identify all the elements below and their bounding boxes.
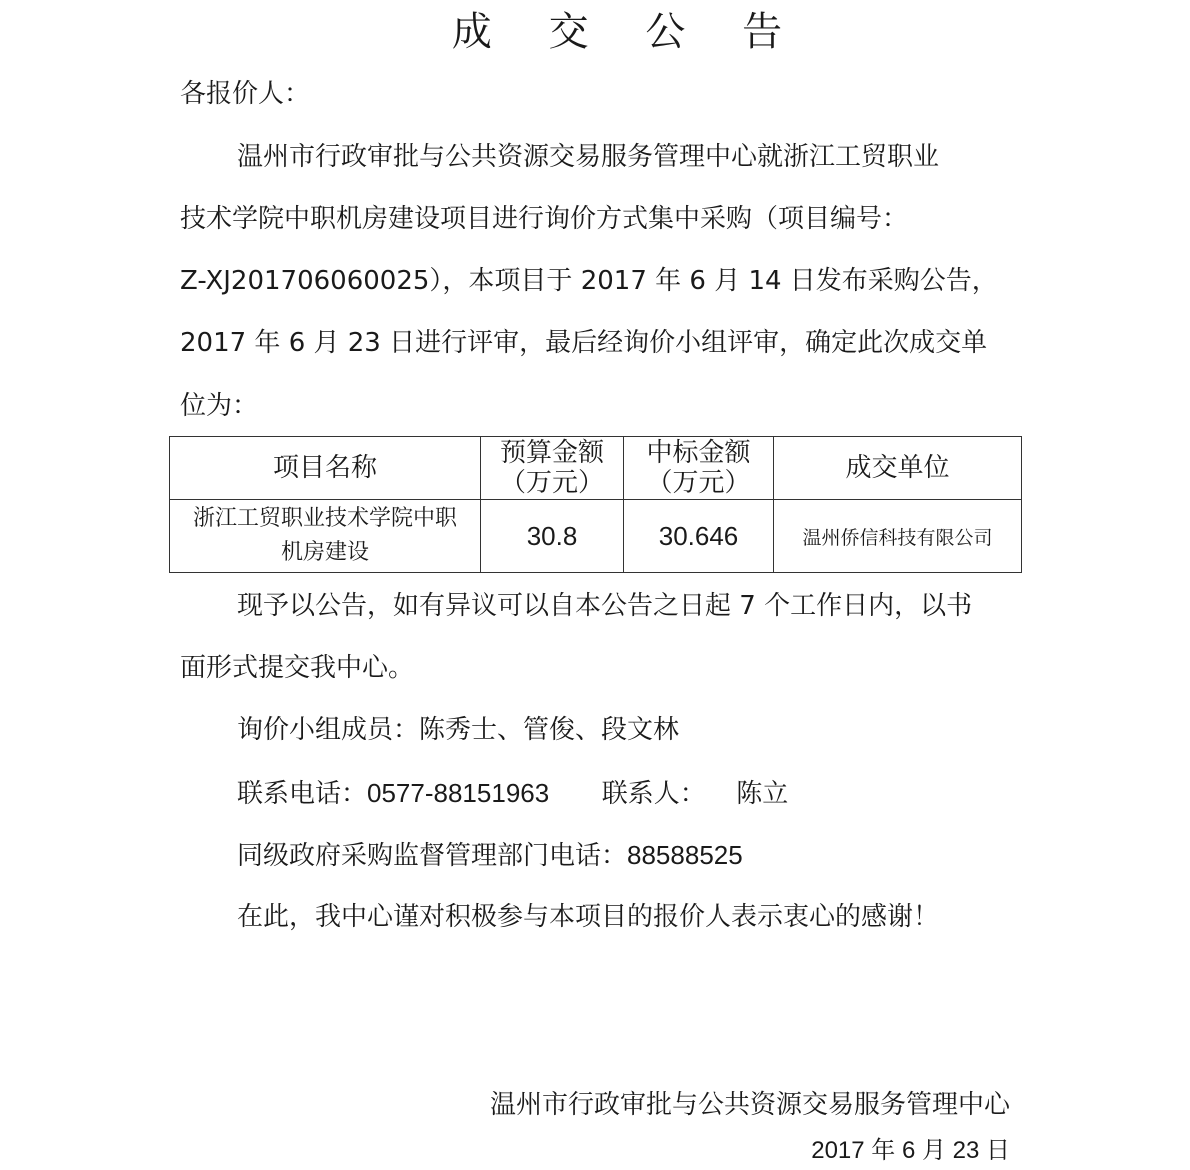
header-budget: 预算金额 （万元） — [481, 437, 624, 500]
table-row: 浙江工贸职业技术学院中职 机房建设 30.8 30.646 温州侨信科技有限公司 — [170, 500, 1022, 573]
paragraph2-line1: 现予以公告，如有异议可以自本公告之日起 7 个工作日内，以书 — [237, 586, 972, 626]
award-table: 项目名称 预算金额 （万元） 中标金额 （万元） 成交单位 浙江工贸职业技术学院… — [169, 436, 1022, 573]
document-title: 成 交 公 告 — [0, 4, 1190, 60]
paragraph2-line2: 面形式提交我中心。 — [180, 648, 414, 688]
header-budget-label: 预算金额 — [481, 438, 623, 468]
cell-budget: 30.8 — [481, 500, 624, 573]
header-bid-unit: （万元） — [624, 468, 773, 498]
paragraph1-line5: 位为： — [180, 386, 258, 426]
paragraph1-line3: Z-XJ201706060025），本项目于 2017 年 6 月 14 日发布… — [180, 261, 998, 301]
project-name-line2: 机房建设 — [170, 536, 480, 570]
contact-person-label: 联系人： — [602, 779, 706, 809]
header-winner: 成交单位 — [774, 437, 1022, 500]
header-project-name: 项目名称 — [170, 437, 481, 500]
contact-phone: 0577-88151963 — [367, 778, 549, 808]
paragraph1-line1: 温州市行政审批与公共资源交易服务管理中心就浙江工贸职业 — [237, 137, 939, 177]
signature-organization: 温州市行政审批与公共资源交易服务管理中心 — [490, 1085, 1010, 1125]
table-header-row: 项目名称 预算金额 （万元） 中标金额 （万元） 成交单位 — [170, 437, 1022, 500]
cell-winner: 温州侨信科技有限公司 — [774, 500, 1022, 573]
paragraph1-line4: 2017 年 6 月 23 日进行评审，最后经询价小组评审，确定此次成交单 — [180, 323, 987, 363]
cell-bid-amount: 30.646 — [624, 500, 774, 573]
supervisor-phone-label: 同级政府采购监督管理部门电话： — [237, 841, 627, 871]
cell-project-name: 浙江工贸职业技术学院中职 机房建设 — [170, 500, 481, 573]
contact-phone-label: 联系电话： — [237, 779, 367, 809]
paragraph1-line2: 技术学院中职机房建设项目进行询价方式集中采购（项目编号： — [180, 199, 908, 239]
header-budget-unit: （万元） — [481, 468, 623, 498]
contact-line: 联系电话：0577-88151963 联系人： 陈立 — [237, 773, 788, 814]
project-name-line1: 浙江工贸职业技术学院中职 — [170, 502, 480, 536]
thanks-line: 在此，我中心谨对积极参与本项目的报价人表示衷心的感谢！ — [237, 897, 939, 937]
signature-date: 2017 年 6 月 23 日 — [811, 1131, 1010, 1170]
contact-person: 陈立 — [736, 779, 788, 809]
supervisor-line: 同级政府采购监督管理部门电话：88588525 — [237, 835, 743, 876]
salutation: 各报价人： — [180, 74, 310, 114]
panel-members: 询价小组成员：陈秀士、管俊、段文林 — [237, 710, 679, 750]
supervisor-phone: 88588525 — [627, 840, 743, 870]
header-bid-amount: 中标金额 （万元） — [624, 437, 774, 500]
header-bid-label: 中标金额 — [624, 438, 773, 468]
